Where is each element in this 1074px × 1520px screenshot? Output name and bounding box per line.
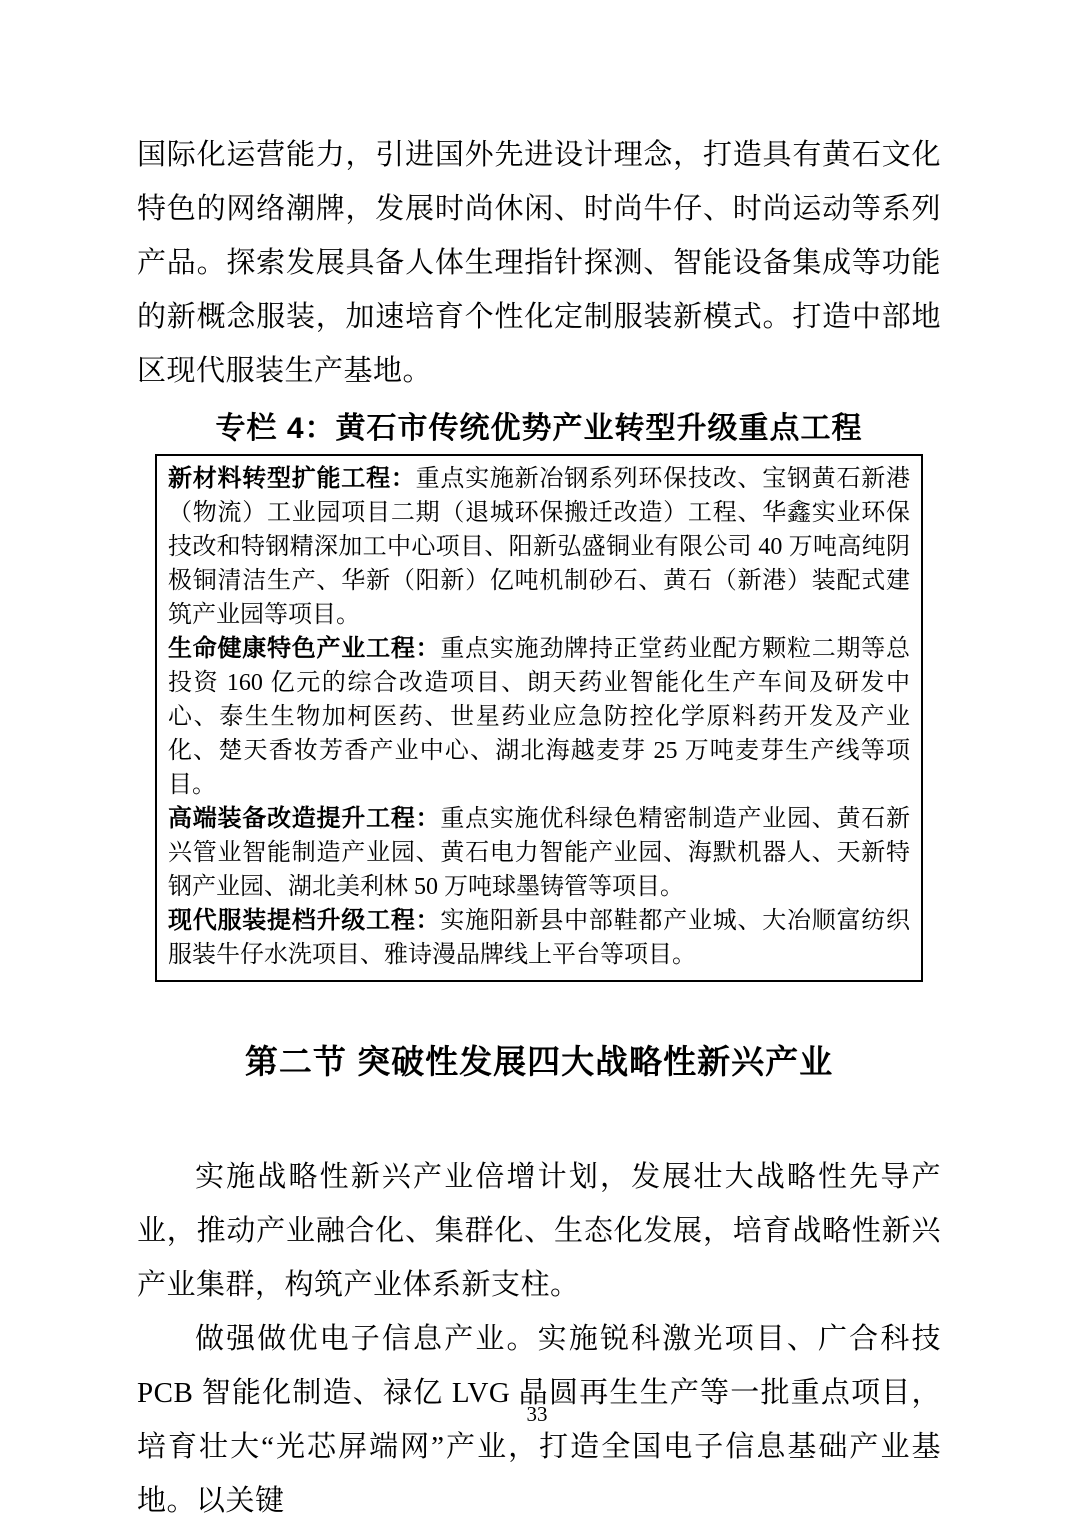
column-box-title: 专栏 4：黄石市传统优势产业转型升级重点工程 <box>137 410 941 448</box>
intro-paragraph: 国际化运营能力，引进国外先进设计理念，打造具有黄石文化特色的网络潮牌，发展时尚休… <box>137 128 941 398</box>
box-item-modern-apparel: 现代服装提档升级工程：实施阳新县中部鞋都产业城、大冶顺富纺织服装牛仔水洗项目、雅… <box>168 904 910 972</box>
box-item-label: 生命健康特色产业工程： <box>168 636 440 662</box>
box-item-new-materials: 新材料转型扩能工程：重点实施新冶钢系列环保技改、宝钢黄石新港（物流）工业园项目二… <box>168 462 910 632</box>
section-heading: 第二节 突破性发展四大战略性新兴产业 <box>137 1040 941 1084</box>
box-item-label: 现代服装提档升级工程： <box>168 908 440 934</box>
box-item-label: 新材料转型扩能工程： <box>168 466 416 492</box>
page-number: 33 <box>0 1402 1074 1427</box>
column-box: 新材料转型扩能工程：重点实施新冶钢系列环保技改、宝钢黄石新港（物流）工业园项目二… <box>155 454 923 982</box>
box-item-life-health: 生命健康特色产业工程：重点实施劲牌持正堂药业配方颗粒二期等总投资 160 亿元的… <box>168 632 910 802</box>
box-item-high-end-equipment: 高端装备改造提升工程：重点实施优科绿色精密制造产业园、黄石新兴管业智能制造产业园… <box>168 802 910 904</box>
page-content: 国际化运营能力，引进国外先进设计理念，打造具有黄石文化特色的网络潮牌，发展时尚休… <box>137 0 941 1520</box>
paragraph-strategic-industries: 实施战略性新兴产业倍增计划，发展壮大战略性先导产业，推动产业融合化、集群化、生态… <box>137 1150 941 1312</box>
document-page: 国际化运营能力，引进国外先进设计理念，打造具有黄石文化特色的网络潮牌，发展时尚休… <box>0 0 1074 1520</box>
box-item-label: 高端装备改造提升工程： <box>168 806 440 832</box>
